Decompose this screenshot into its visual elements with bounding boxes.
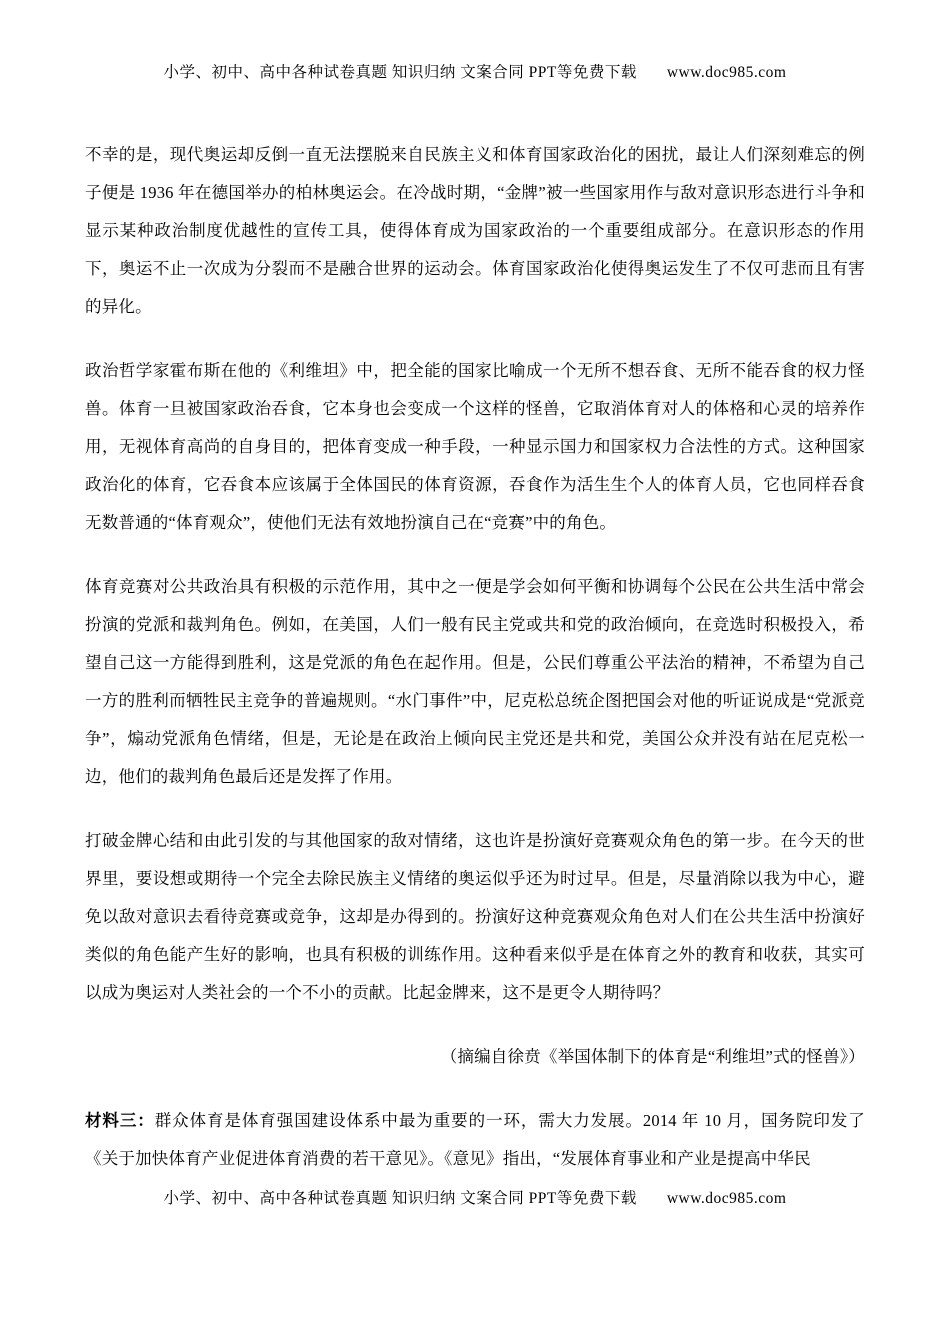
page-footer: 小学、初中、高中各种试卷真题 知识归纳 文案合同 PPT等免费下载www.doc… [0, 1188, 950, 1210]
material-three-label: 材料三： [85, 1111, 155, 1130]
footer-site-url: www.doc985.com [667, 1190, 787, 1207]
paragraph-sports-public-politics: 体育竞赛对公共政治具有积极的示范作用，其中之一便是学会如何平衡和协调每个公民在公… [85, 568, 865, 796]
document-body: 不幸的是，现代奥运却反倒一直无法摆脱来自民族主义和体育国家政治化的困扰，最让人们… [85, 136, 865, 1178]
paragraph-gold-medal-complex: 打破金牌心结和由此引发的与其他国家的敌对情绪，这也许是扮演好竞赛观众角色的第一步… [85, 822, 865, 1012]
material-three-text: 群众体育是体育强国建设体系中最为重要的一环，需大力发展。2014 年 10 月，… [85, 1111, 865, 1168]
paragraph-olympics-politicization: 不幸的是，现代奥运却反倒一直无法摆脱来自民族主义和体育国家政治化的困扰，最让人们… [85, 136, 865, 326]
paragraph-leviathan-hobbes: 政治哲学家霍布斯在他的《利维坦》中，把全能的国家比喻成一个无所不想吞食、无所不能… [85, 352, 865, 542]
source-citation: （摘编自徐贲《举国体制下的体育是“利维坦”式的怪兽》） [85, 1038, 865, 1076]
header-watermark-text: 小学、初中、高中各种试卷真题 知识归纳 文案合同 PPT等免费下载 [164, 64, 637, 81]
header-site-url: www.doc985.com [667, 64, 787, 81]
document-page: 小学、初中、高中各种试卷真题 知识归纳 文案合同 PPT等免费下载www.doc… [0, 0, 950, 1344]
page-header: 小学、初中、高中各种试卷真题 知识归纳 文案合同 PPT等免费下载www.doc… [0, 62, 950, 84]
paragraph-material-three: 材料三：群众体育是体育强国建设体系中最为重要的一环，需大力发展。2014 年 1… [85, 1102, 865, 1178]
footer-watermark-text: 小学、初中、高中各种试卷真题 知识归纳 文案合同 PPT等免费下载 [164, 1190, 637, 1207]
